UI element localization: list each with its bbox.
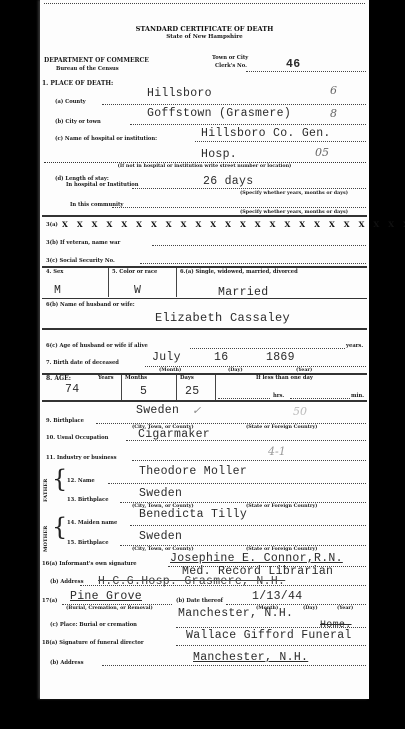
birthplace-code: 50 <box>293 405 307 418</box>
hospital-code: 05 <box>315 146 329 159</box>
social-security-label: 3(c) Social Security No. <box>46 258 115 264</box>
birth-date-label: 7. Birth date of deceased <box>46 360 119 366</box>
burial-year-caption: (Year) <box>337 605 353 611</box>
industry-label: 11. Industry or business <box>46 455 117 461</box>
section-3a-label: 3(a) <box>46 222 58 228</box>
burial-day-caption: (Day) <box>303 605 318 611</box>
age-months-value: 5 <box>140 385 147 398</box>
hospital-value-line1: Hillsboro Co. Gen. <box>201 127 331 140</box>
birthplace-check: ✓ <box>192 404 201 417</box>
age-days-label: Days <box>180 375 194 381</box>
spouse-age-unit: years. <box>346 343 363 349</box>
birthplace-state-caption: (State or Foreign Country) <box>246 424 317 430</box>
burial-method-caption: (Burial, Cremation, or Removal) <box>66 605 153 611</box>
informant-address-label: (b) Address <box>50 579 84 585</box>
mother-birthplace-label: 15. Birthplace <box>67 540 109 546</box>
birth-year: 1869 <box>266 351 295 364</box>
mother-name-label: 14. Maiden name <box>67 520 117 526</box>
hours-label: hrs. <box>273 393 284 399</box>
clerk-number: 46 <box>286 58 300 71</box>
father-state-caption: (State or Foreign Country) <box>246 503 317 509</box>
father-brace: { <box>52 467 67 491</box>
minutes-label: min. <box>351 393 364 399</box>
sex-value: M <box>54 284 61 297</box>
mother-name-value: Benedicta Tilly <box>139 508 247 521</box>
occupation-value: Cigarmaker <box>138 428 210 441</box>
race-value: W <box>134 284 141 297</box>
age-years-label: Years <box>98 375 114 381</box>
top-rule <box>44 3 365 4</box>
stay-label-2: In hospital or Institution <box>66 182 139 188</box>
hospital-caption: (If not in hospital or institution write… <box>40 163 369 169</box>
clerk-label-1: Town or City <box>212 55 248 61</box>
burial-place-label: (c) Place: Burial or cremation <box>50 622 137 628</box>
age-years-value: 74 <box>65 383 79 396</box>
age-days-value: 25 <box>185 385 199 398</box>
age-label: 8. AGE: <box>46 375 71 382</box>
certificate-subtitle: State of New Hampshire <box>40 34 369 40</box>
birthplace-label: 9. Birthplace <box>46 418 84 424</box>
clerk-label-2: Clerk's No. <box>215 63 247 69</box>
hospital-label: (c) Name of hospital or institution: <box>55 136 157 142</box>
father-birthplace-label: 13. Birthplace <box>67 497 109 503</box>
burial-place-value: Manchester, N.H. <box>178 607 293 620</box>
father-birthplace-value: Sweden <box>139 487 182 500</box>
county-code: 6 <box>330 84 337 97</box>
birthplace-value: Sweden <box>136 404 179 417</box>
spouse-label: 6(b) Name of husband or wife: <box>46 302 135 308</box>
burial-label: 17(a) <box>42 598 58 604</box>
informant-signature-value: Josephine E. Connor,R.N. <box>170 552 343 565</box>
funeral-director-label: 18(a) Signature of funeral director <box>42 640 144 646</box>
marital-label: 6.(a) Single, widowed, married, divorced <box>180 269 298 275</box>
stay-caption: (Specify whether years, months or days) <box>240 190 348 196</box>
county-value: Hillsboro <box>147 87 212 100</box>
burial-method-value: Pine Grove <box>70 590 142 603</box>
sex-label: 4. Sex <box>46 269 63 275</box>
certificate-title: STANDARD CERTIFICATE OF DEATH <box>40 25 369 33</box>
race-label: 5. Color or race <box>112 269 157 275</box>
funeral-address-label: (b) Address <box>50 660 84 666</box>
informant-signature-label: 16(a) Informant's own signature <box>42 561 137 567</box>
mother-birthplace-value: Sweden <box>139 530 182 543</box>
death-certificate: STANDARD CERTIFICATE OF DEATH State of N… <box>40 0 369 699</box>
father-name-label: 12. Name <box>67 478 95 484</box>
informant-address-value: Med. Record Librarian <box>182 565 333 578</box>
birth-day: 16 <box>214 351 228 364</box>
occupation-label: 10. Usual Occupation <box>46 435 108 441</box>
mother-brace: { <box>52 515 67 539</box>
veteran-label: 3(b) If veteran, name war <box>46 240 120 246</box>
hospital-value-line2: Hosp. <box>201 148 237 161</box>
father-name-value: Theodore Moller <box>139 465 247 478</box>
mother-side-label: MOTHER <box>43 526 49 552</box>
father-side-label: FATHER <box>43 479 49 502</box>
burial-date-label: (b) Date thereof <box>176 598 223 604</box>
burial-date-value: 1/13/44 <box>252 590 302 603</box>
less-than-day-label: If less than one day <box>256 375 313 381</box>
county-label: (a) County <box>55 99 86 105</box>
city-value: Goffstown (Grasmere) <box>147 107 291 120</box>
stay-hospital-value: 26 days <box>203 175 253 188</box>
funeral-director-value: Wallace Gifford Funeral <box>186 629 352 642</box>
age-months-label: Months <box>125 375 147 381</box>
funeral-address-value: Manchester, N.H. <box>193 651 308 664</box>
industry-code: 4-1 <box>268 445 286 458</box>
city-code: 8 <box>330 107 337 120</box>
city-label: (b) City or town <box>55 119 101 125</box>
department-label: DEPARTMENT OF COMMERCE <box>44 57 149 64</box>
spouse-age-label: 6(c) Age of husband or wife if alive <box>46 343 148 349</box>
spouse-value: Elizabeth Cassaley <box>155 311 290 325</box>
birth-month: July <box>152 351 181 364</box>
place-of-death-heading: 1. PLACE OF DEATH: <box>42 80 113 87</box>
section-3a-value: X X X X X X X X X X X X X X X X X X X X … <box>62 220 405 229</box>
bureau-label: Bureau of the Census <box>56 66 119 72</box>
